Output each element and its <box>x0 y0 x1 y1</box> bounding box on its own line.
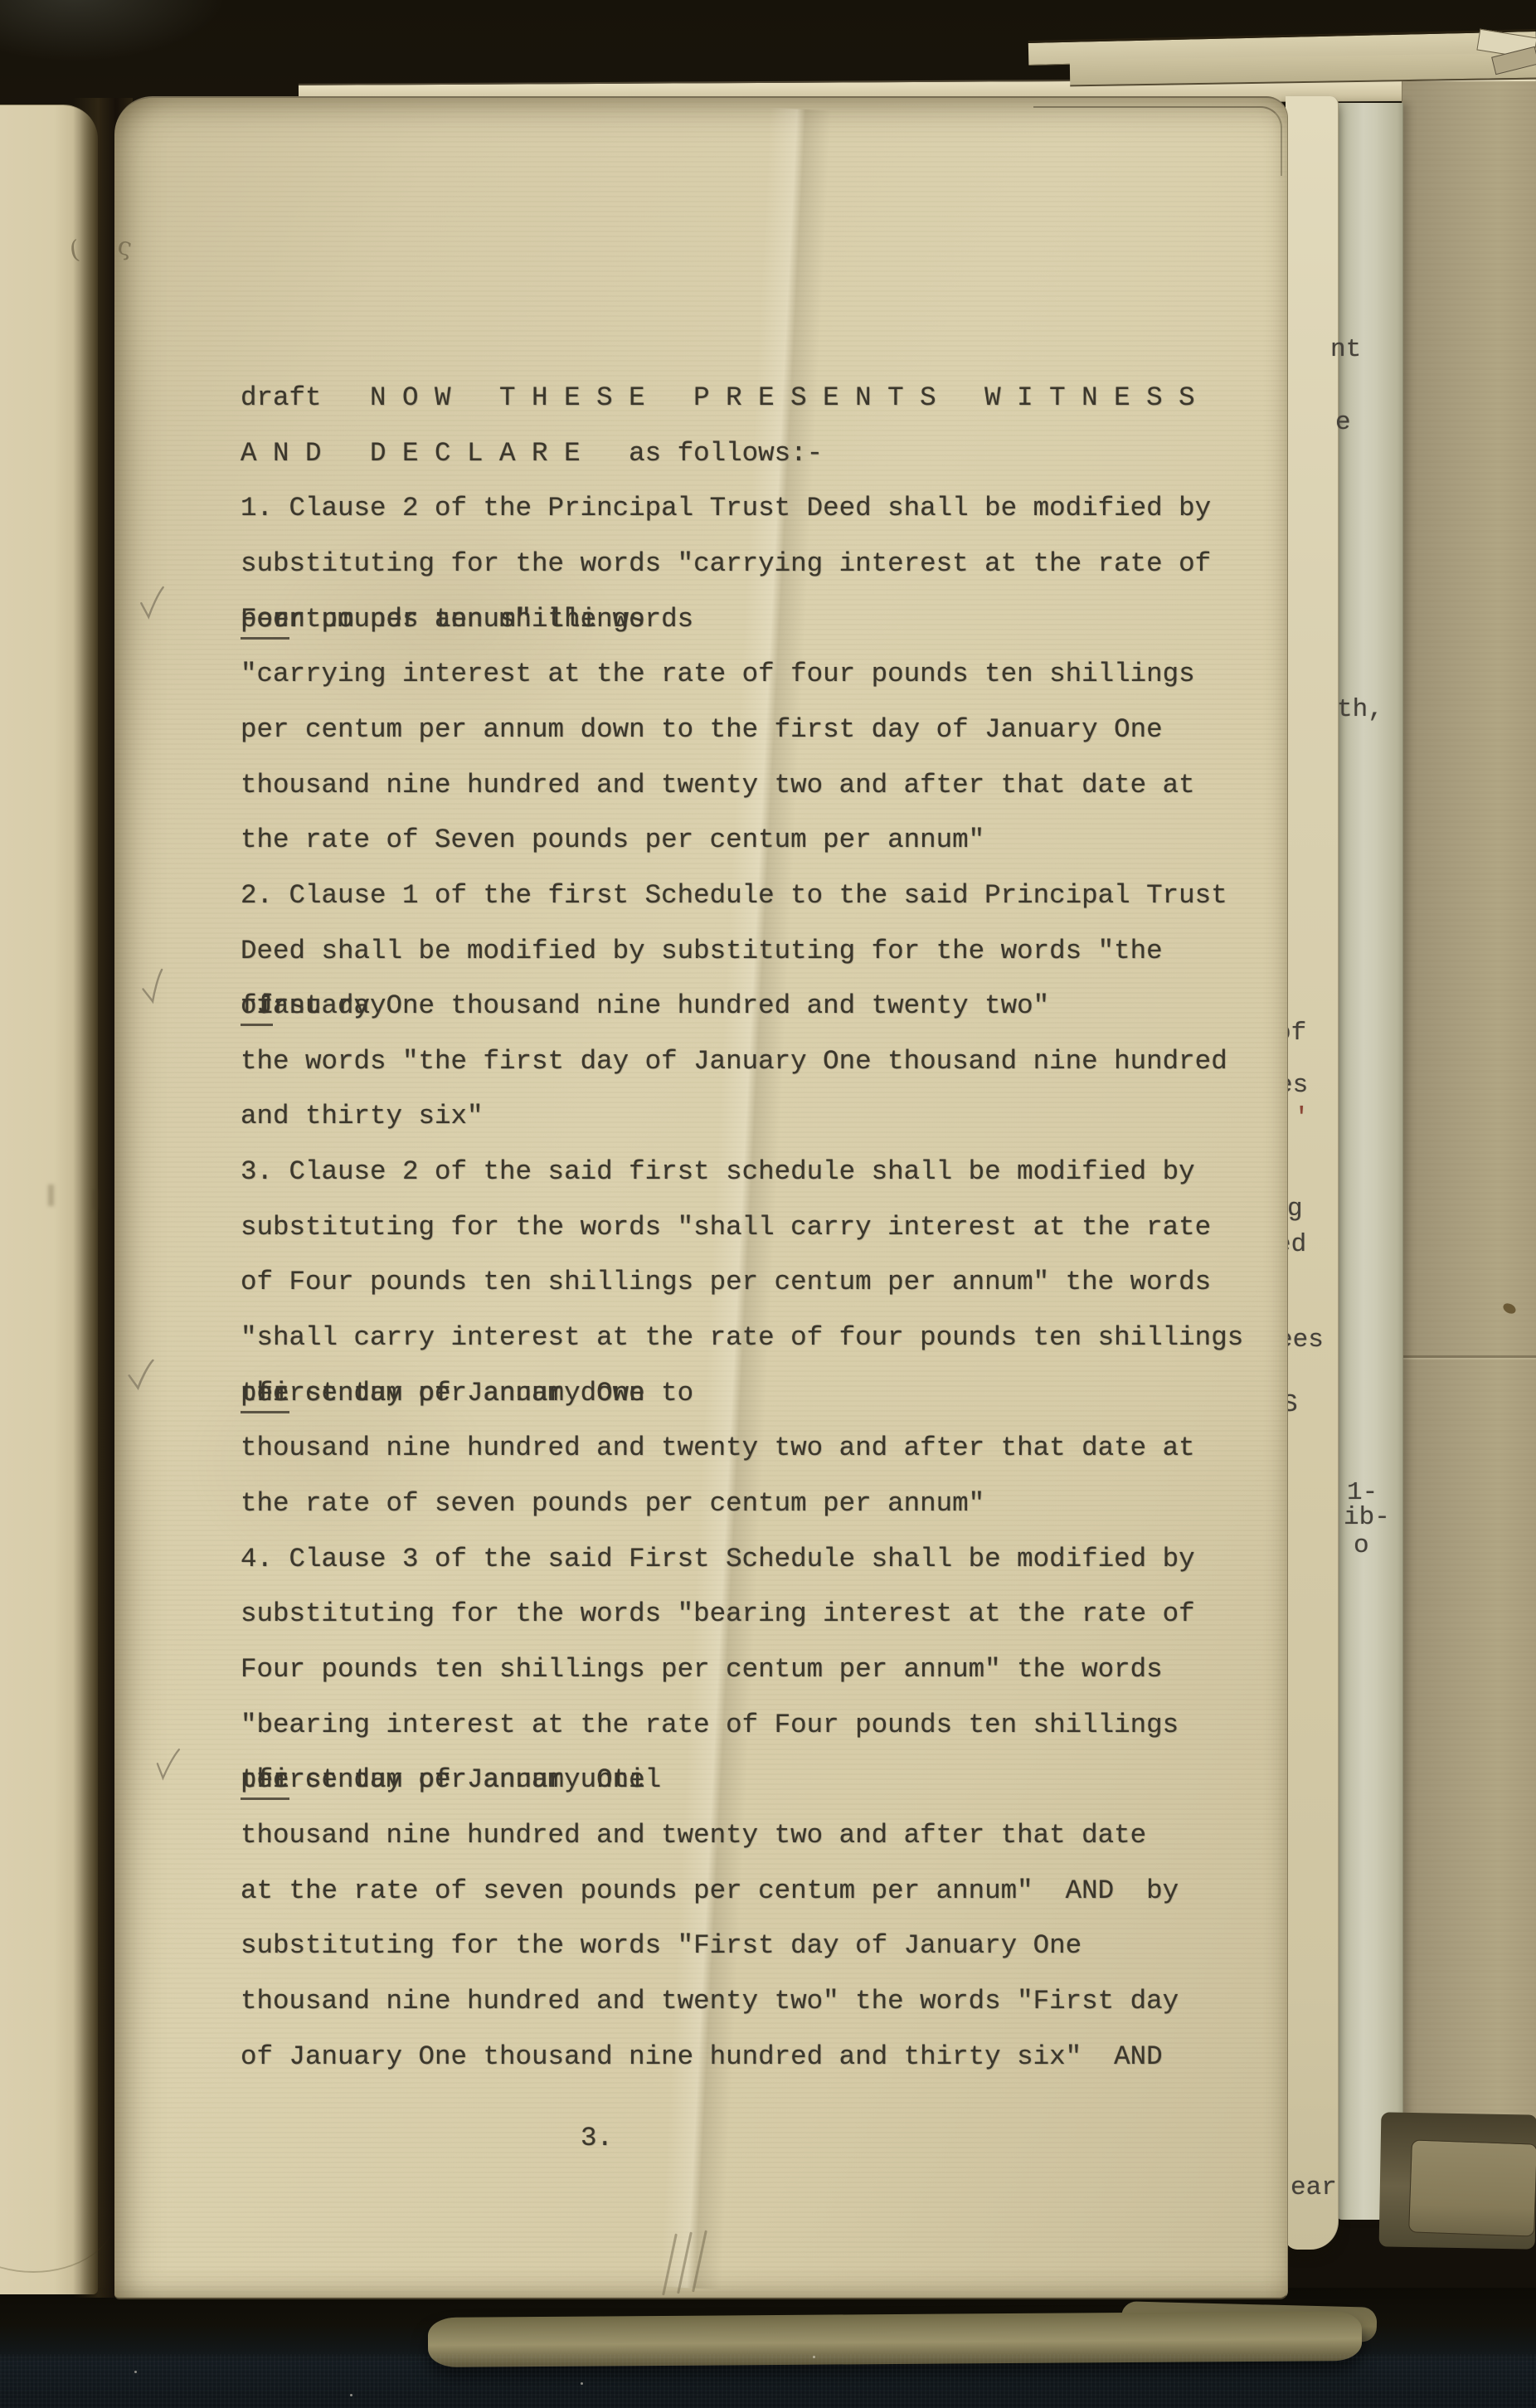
underlying-brown-page <box>1402 81 1536 2123</box>
corner-shadow-line <box>1033 106 1282 176</box>
edge-text-fragment: th, <box>1337 695 1383 724</box>
typed-text: first day of January One <box>241 1377 645 1410</box>
typed-text: draft N O W T H E S E P R E S E N T S W … <box>241 382 1195 415</box>
edge-text-fragment: o <box>1354 1531 1369 1560</box>
dust-speck <box>134 2371 137 2373</box>
dust-speck <box>813 2356 815 2358</box>
page-number: 3. <box>581 2122 613 2155</box>
typed-text: January One thousand nine hundred and tw… <box>241 990 1049 1023</box>
dust-speck <box>581 2382 583 2385</box>
edge-text-fragment: ib- <box>1344 1503 1390 1532</box>
typed-text: first day of January One <box>241 1763 645 1797</box>
typed-text: the rate of Seven pounds per centum per … <box>241 824 984 857</box>
typed-text: substituting for the words "shall carry … <box>241 1211 1211 1244</box>
scanned-document-photo: nteth,ofes'gedeesS1-ib-oear draft N O W … <box>0 0 1536 2408</box>
typed-text: "carrying interest at the rate of four p… <box>241 658 1195 691</box>
cloth-binding-texture <box>0 2354 1536 2408</box>
typed-text: thousand nine hundred and twenty two and… <box>241 1819 1146 1852</box>
typed-text: "shall carry interest at the rate of fou… <box>241 1321 1243 1355</box>
typed-text: substituting for the words "First day of… <box>241 1929 1082 1963</box>
typed-text: per centum per annum down to the first d… <box>241 713 1163 747</box>
typed-text: "bearing interest at the rate of Four po… <box>241 1709 1179 1742</box>
edge-text-fragment: g <box>1287 1194 1303 1223</box>
typed-text: 2. Clause 1 of the first Schedule to the… <box>241 879 1227 912</box>
typed-text: 3. Clause 2 of the said first schedule s… <box>241 1155 1195 1189</box>
edge-text-fragment: nt <box>1330 335 1361 364</box>
dust-speck <box>350 2394 352 2396</box>
smudge <box>48 1185 54 1206</box>
typed-text: substituting for the words "bearing inte… <box>241 1598 1195 1631</box>
typed-text: of January One thousand nine hundred and… <box>241 2041 1163 2074</box>
typed-text: Four pounds ten shillings per centum per… <box>241 1653 1163 1686</box>
typed-text: substituting for the words "carrying int… <box>241 547 1211 581</box>
edge-text-fragment: ' <box>1294 1103 1310 1132</box>
typed-text: A N D D E C L A R E as follows:- <box>241 437 823 470</box>
typed-text: the rate of seven pounds per centum per … <box>241 1487 984 1520</box>
typed-text: centum per annum" the words <box>241 603 693 636</box>
typed-text: 4. Clause 3 of the said First Schedule s… <box>241 1543 1195 1576</box>
typed-text: 1. Clause 2 of the Principal Trust Deed … <box>241 492 1211 525</box>
typed-text: the words "the first day of January One … <box>241 1045 1227 1078</box>
typed-text: thousand nine hundred and twenty two and… <box>241 1432 1195 1465</box>
typed-text: thousand nine hundred and twenty two and… <box>241 769 1195 802</box>
typed-text: at the rate of seven pounds per centum p… <box>241 1875 1179 1908</box>
underlying-typed-page-edge <box>1286 96 1339 2250</box>
page-corner-flap <box>1408 2139 1536 2236</box>
typed-text: Deed shall be modified by substituting f… <box>241 935 1163 968</box>
typed-text: and thirty six" <box>241 1100 484 1133</box>
page-crease <box>1402 1355 1536 1358</box>
typed-text: of Four pounds ten shillings per centum … <box>241 1266 1211 1299</box>
edge-text-fragment: e <box>1335 408 1351 437</box>
typed-text: thousand nine hundred and twenty two" th… <box>241 1985 1179 2018</box>
edge-text-fragment: ear <box>1291 2173 1337 2202</box>
